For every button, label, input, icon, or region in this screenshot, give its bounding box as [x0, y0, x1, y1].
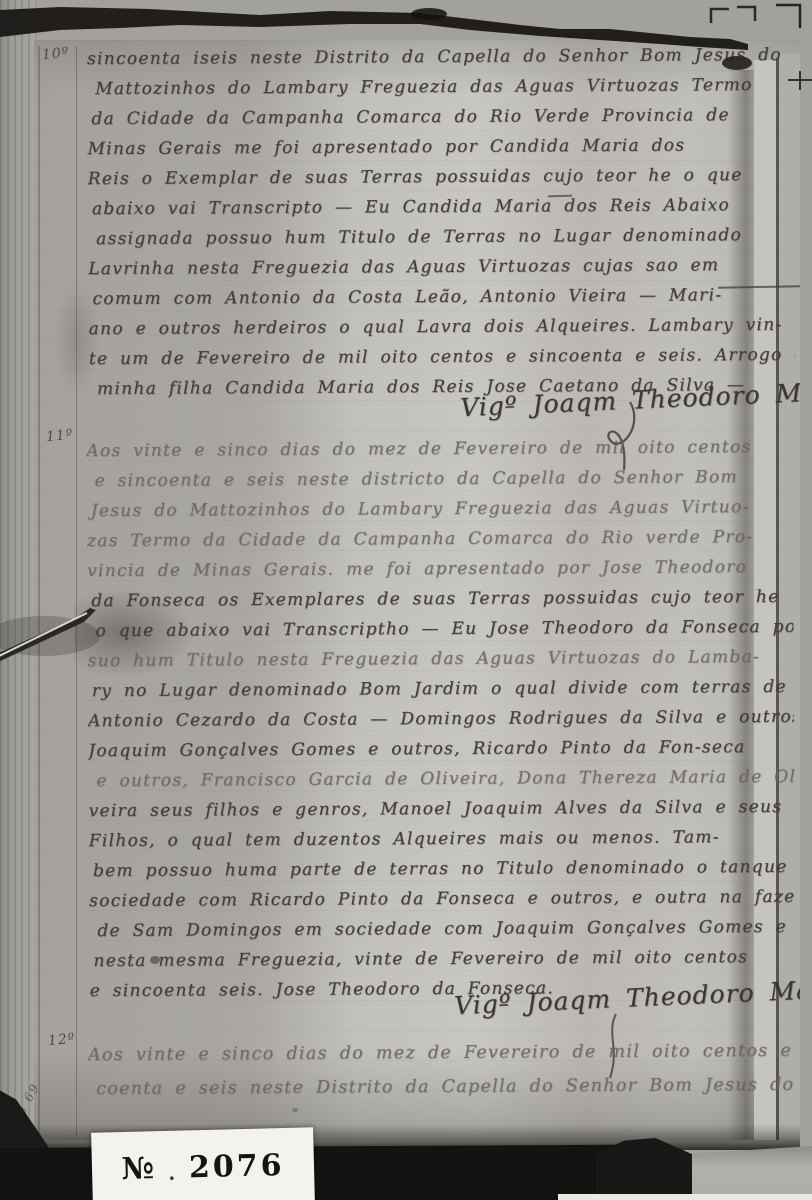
- crop-mark-left: [711, 9, 729, 23]
- manuscript-line: da Cidade da Campanha Comarca do Rio Ver…: [87, 100, 793, 134]
- crop-mark-right: [737, 7, 755, 21]
- manuscript-line: suo hum Titulo nesta Freguezia das Aguas…: [88, 642, 794, 676]
- manuscript-line: de Sam Domingos em sociedade com Joaquim…: [89, 912, 795, 946]
- manuscript-line: comum com Antonio da Costa Leão, Antonio…: [88, 280, 794, 314]
- manuscript-line: Antonio Cezardo da Costa — Domingos Rodr…: [88, 702, 794, 736]
- manuscript-line: coenta e seis neste Distrito da Capella …: [88, 1068, 794, 1106]
- microfilm-scan: 10º 11º 12º sincoenta iseis neste Distri…: [0, 0, 812, 1200]
- manuscript-line: Jesus do Mattozinhos do Lambary Freguezi…: [87, 492, 793, 526]
- entry-12-text: Aos vinte e sinco dias do mez de Feverei…: [88, 1034, 794, 1106]
- manuscript-line: e outros, Francisco Garcia de Oliveira, …: [88, 762, 794, 796]
- label-separator: .: [168, 1161, 176, 1185]
- archive-number-label: № . 2076: [91, 1127, 315, 1200]
- pen-pointer: [0, 600, 116, 670]
- manuscript-line: bem possuo huma parte de terras no Titul…: [89, 852, 795, 886]
- manuscript-line: Aos vinte e sinco dias do mez de Feverei…: [88, 1034, 794, 1072]
- manuscript-line: Reis o Exemplar de suas Terras possuidas…: [88, 160, 794, 194]
- manuscript-line: da Fonseca os Exemplares de suas Terras …: [87, 582, 793, 616]
- manuscript-line: vincia de Minas Gerais. me foi apresenta…: [87, 552, 793, 586]
- cross-tick: [788, 71, 812, 90]
- entry-number-11: 11º: [45, 427, 74, 446]
- manuscript-line: te um de Fevereiro de mil oito centos e …: [89, 340, 795, 374]
- archive-number: 2076: [189, 1148, 285, 1185]
- manuscript-line: Lavrinha nesta Freguezia das Aguas Virtu…: [88, 250, 794, 284]
- manuscript-page: 10º 11º 12º sincoenta iseis neste Distri…: [34, 40, 800, 1140]
- entry-11-text: Aos vinte e sinco dias do mez de Feverei…: [86, 432, 795, 1006]
- crop-mark-corner: [776, 5, 800, 28]
- film-blob: [411, 8, 447, 20]
- manuscript-line: Joaquim Gonçalves Gomes e outros, Ricard…: [88, 732, 794, 766]
- fold-crease: [38, 46, 40, 1136]
- manuscript-line: Aos vinte e sinco dias do mez de Feverei…: [86, 432, 792, 466]
- film-frame-edge: [558, 1194, 812, 1200]
- manuscript-line: ano e outros herdeiros o qual Lavra dois…: [89, 310, 795, 344]
- manuscript-line: veira seus filhos e genros, Manoel Joaqu…: [88, 792, 794, 826]
- manuscript-line: ry no Lugar denominado Bom Jardim o qual…: [88, 672, 794, 706]
- entry-number-12: 12º: [47, 1031, 76, 1050]
- manuscript-line: zas Termo da Cidade da Campanha Comarca …: [87, 522, 793, 556]
- manuscript-line: abaixo vai Transcripto — Eu Candida Mari…: [88, 190, 794, 224]
- dark-band-shape: [0, 7, 748, 50]
- manuscript-line: nesta mesma Freguezia, vinte de Fevereir…: [89, 942, 795, 976]
- film-edge-band: [0, 0, 812, 100]
- film-blob: [722, 56, 752, 70]
- numero-sign: №: [121, 1151, 154, 1187]
- manuscript-line: o que abaixo vai Transcriptho — Eu Jose …: [87, 612, 793, 646]
- manuscript-line: Filhos, o qual tem duzentos Alqueires ma…: [89, 822, 795, 856]
- manuscript-line: assignada possuo hum Titulo de Terras no…: [88, 220, 794, 254]
- manuscript-line: e sincoenta e seis neste districto da Ca…: [86, 462, 792, 496]
- manuscript-line: sociedade com Ricardo Pinto da Fonseca e…: [89, 882, 795, 916]
- manuscript-line: Minas Gerais me foi apresentado por Cand…: [87, 130, 793, 164]
